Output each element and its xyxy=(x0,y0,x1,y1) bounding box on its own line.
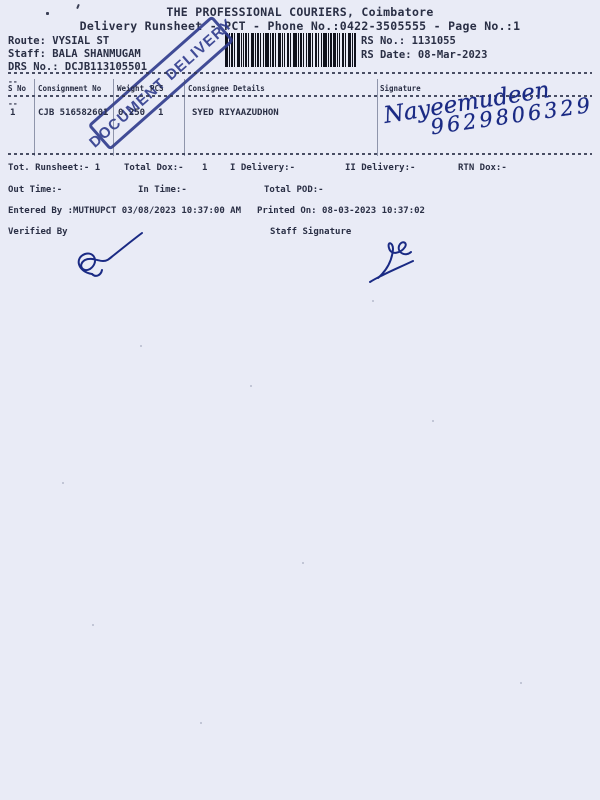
scan-noise-dot xyxy=(250,385,252,387)
scan-noise-dot xyxy=(372,300,374,302)
scan-speck xyxy=(46,12,49,15)
printed-on: Printed On: 08-03-2023 10:37:02 xyxy=(257,206,425,216)
i-delivery: I Delivery:- xyxy=(230,163,295,173)
staff-line: Staff: BALA SHANMUGAM xyxy=(8,48,141,61)
ii-delivery: II Delivery:- xyxy=(345,163,415,173)
rs-no-line: RS No.: 1131055 xyxy=(361,35,456,48)
row-weight: 0.250 xyxy=(118,108,145,118)
scan-noise-dot xyxy=(432,420,434,422)
staff-signature-label: Staff Signature xyxy=(270,227,351,237)
rtn-dox: RTN Dox:- xyxy=(458,163,507,173)
company-title: THE PROFESSIONAL COURIERS, Coimbatore xyxy=(0,5,600,19)
rs-date-line: RS Date: 08-Mar-2023 xyxy=(361,49,487,62)
total-runsheet: Tot. Runsheet:- 1 xyxy=(8,163,100,173)
row-consignment-no: CJB 516582601 xyxy=(38,108,108,118)
row-pcs: 1 xyxy=(158,108,163,118)
col-header-consignee: Consignee Details xyxy=(188,84,265,93)
scan-noise-dot xyxy=(92,624,94,626)
table-column-rule xyxy=(34,79,35,156)
col-header-s-no: S No xyxy=(8,84,26,93)
entered-by: Entered By :MUTHUPCT 03/08/2023 10:37:00… xyxy=(8,206,241,216)
barcode xyxy=(225,33,357,67)
row-consignee: SYED RIYAAZUDHON xyxy=(192,108,279,118)
out-time: Out Time:- xyxy=(8,185,62,195)
table-column-rule xyxy=(113,79,114,156)
table-column-rule xyxy=(184,79,185,156)
scan-noise-dot xyxy=(200,722,202,724)
document-subtitle: Delivery Runsheet - PCT - Phone No.:0422… xyxy=(0,19,600,33)
col-header-consignment-no: Consignment No xyxy=(38,84,101,93)
total-dox-label: Total Dox:- xyxy=(124,163,184,173)
scan-noise-dot xyxy=(302,562,304,564)
table-column-rule xyxy=(377,79,378,156)
route-line: Route: VYSIAL ST xyxy=(8,35,109,48)
scan-noise-dot xyxy=(140,345,142,347)
col-header-signature: Signature xyxy=(380,84,421,93)
col-header-pcs: PCS xyxy=(150,84,164,93)
staff-signature-scribble xyxy=(368,236,432,284)
total-pod: Total POD:- xyxy=(264,185,324,195)
document-delivery-stamp: DOCUMENT DELIVERY xyxy=(88,15,235,150)
total-dox-value: 1 xyxy=(202,163,207,173)
verified-by-signature-scribble xyxy=(68,230,148,282)
scan-noise-dot xyxy=(520,682,522,684)
scan-artifact-dashes: -- xyxy=(8,99,18,108)
delivery-runsheet-document: THE PROFESSIONAL COURIERS, Coimbatore De… xyxy=(0,0,600,800)
col-header-weight: Weight xyxy=(117,84,144,93)
row-s-no: 1 xyxy=(10,108,15,118)
divider-table-bottom xyxy=(8,153,592,155)
verified-by-label: Verified By xyxy=(8,227,68,237)
in-time: In Time:- xyxy=(138,185,187,195)
divider-top xyxy=(8,72,592,74)
scan-noise-dot xyxy=(62,482,64,484)
